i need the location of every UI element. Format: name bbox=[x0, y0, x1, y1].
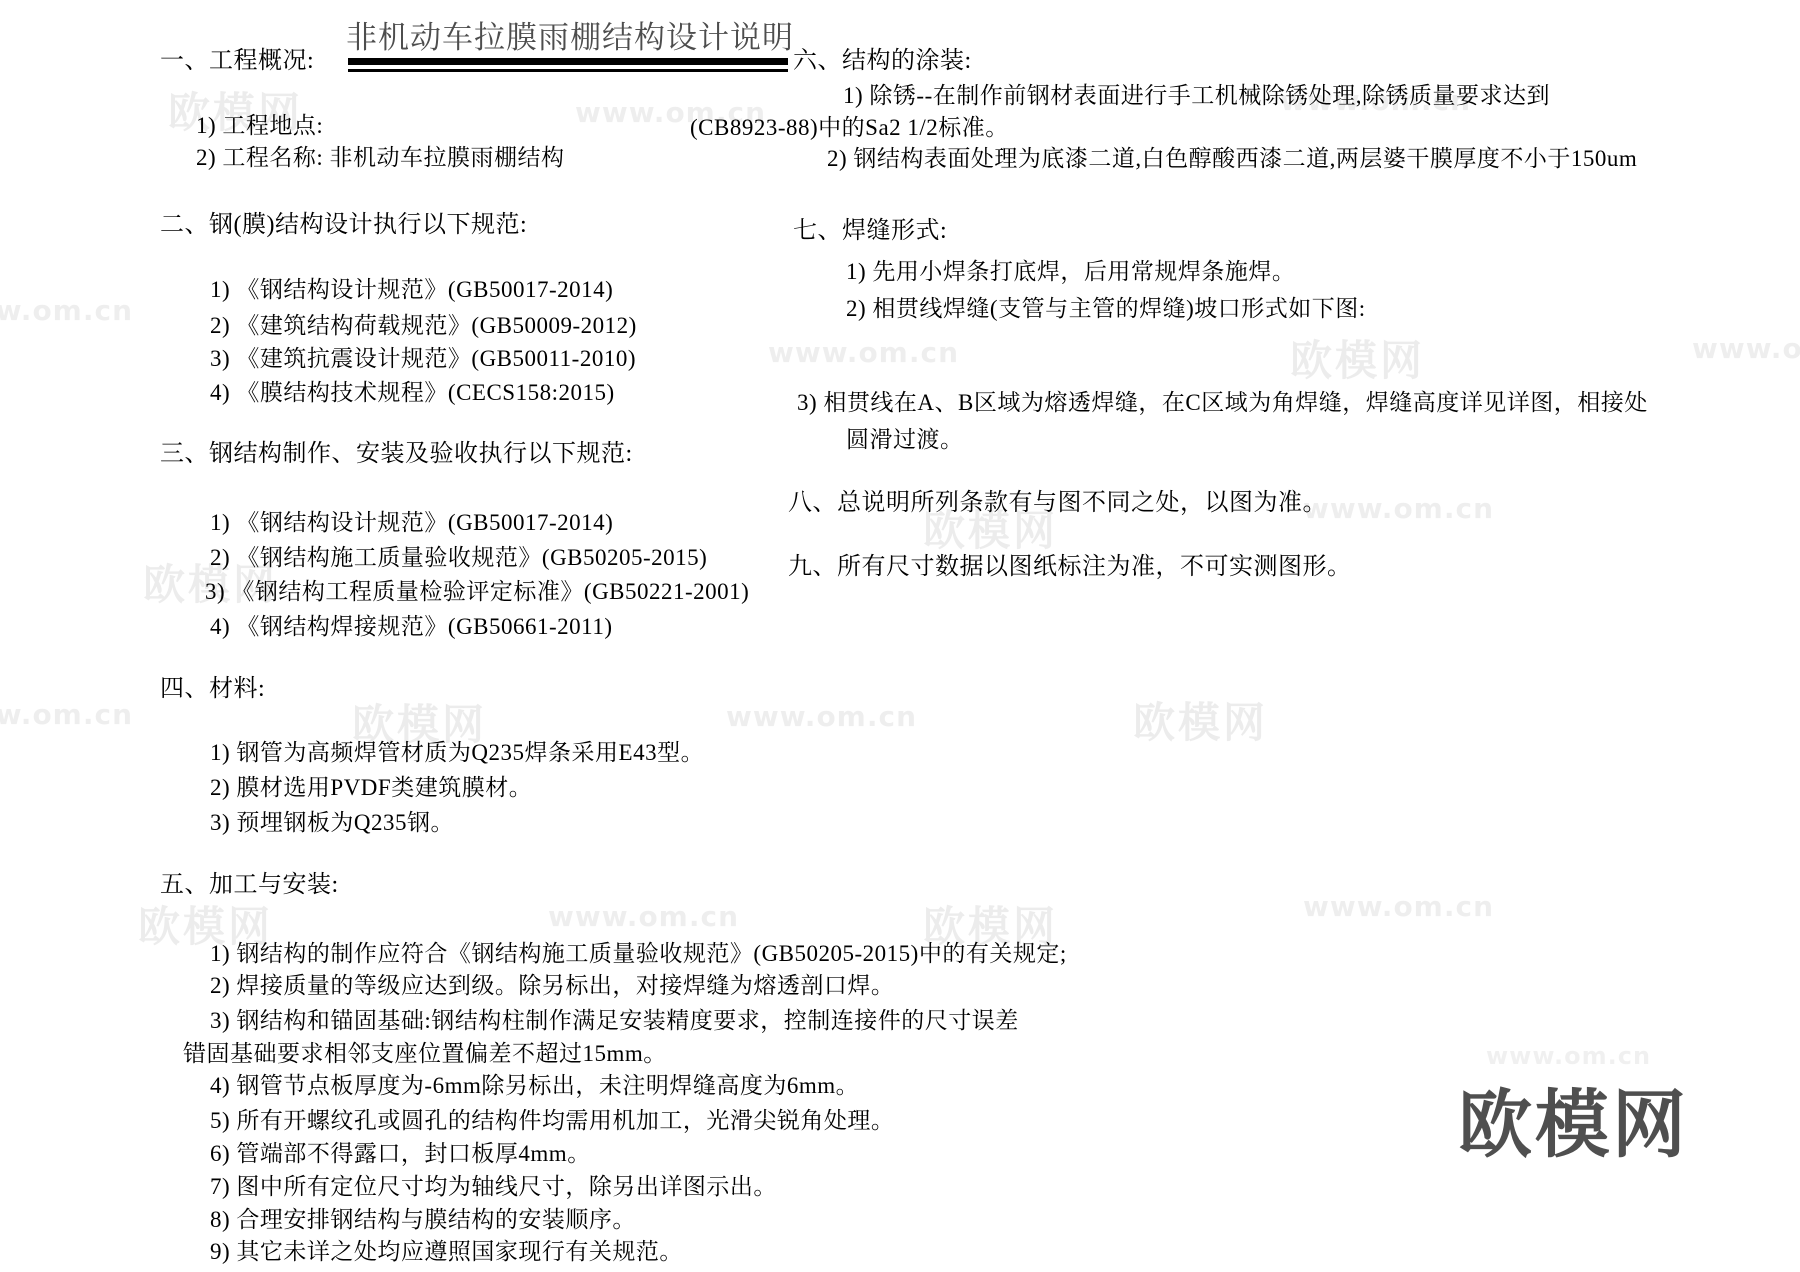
spec-item: 2) 钢结构表面处理为底漆二道,白色醇酸西漆二道,两层婆干膜厚度不小于150um bbox=[827, 146, 1637, 172]
watermark-url: www.om.cn bbox=[726, 700, 917, 733]
title-underline-thick bbox=[348, 58, 788, 65]
spec-item: 2) 膜材选用PVDF类建筑膜材。 bbox=[210, 775, 532, 801]
watermark-url: www.om.cn bbox=[548, 900, 739, 933]
site-logo: 欧模网 bbox=[1458, 1066, 1689, 1172]
spec-item: 9) 其它未详之处均应遵照国家现行有关规范。 bbox=[210, 1239, 683, 1265]
spec-item: 8) 合理安排钢结构与膜结构的安装顺序。 bbox=[210, 1207, 636, 1233]
drawing-sheet: 欧模网 www.om.cn www.om.cn www.om.cn www.om… bbox=[0, 0, 1800, 1272]
spec-item: 1) 《钢结构设计规范》(GB50017-2014) bbox=[210, 277, 613, 303]
watermark-logo-text: 欧模网 bbox=[1133, 690, 1268, 750]
spec-item-continuation: 圆滑过渡。 bbox=[846, 427, 964, 453]
spec-item: 3) 预埋钢板为Q235钢。 bbox=[210, 810, 454, 836]
section-8-heading: 八、总说明所列条款有与图不同之处，以图为准。 bbox=[788, 490, 1327, 518]
spec-item-continuation: (CB8923-88)中的Sa2 1/2标准。 bbox=[690, 115, 1009, 141]
spec-item: 3) 钢结构和锚固基础:钢结构柱制作满足安装精度要求，控制连接件的尺寸误差 bbox=[210, 1008, 1019, 1034]
section-6-heading: 六、结构的涂装: bbox=[793, 48, 972, 76]
spec-item: 4) 钢管节点板厚度为-6mm除另标出，未注明焊缝高度为6mm。 bbox=[210, 1073, 859, 1099]
doc-title: 非机动车拉膜雨棚结构设计说明 bbox=[346, 12, 794, 57]
watermark-logo-text: 欧模网 bbox=[1290, 328, 1425, 388]
watermark-url: www.om.cn bbox=[1692, 332, 1800, 365]
spec-item: 1) 工程地点: bbox=[196, 113, 323, 139]
spec-item: 4) 《钢结构焊接规范》(GB50661-2011) bbox=[210, 614, 612, 640]
spec-item: 3) 《钢结构工程质量检验评定标准》(GB50221-2001) bbox=[205, 579, 749, 605]
spec-item: 5) 所有开螺纹孔或圆孔的结构件均需用机加工，光滑尖锐角处理。 bbox=[210, 1108, 894, 1134]
spec-item: 2) 《建筑结构荷载规范》(GB50009-2012) bbox=[210, 313, 637, 339]
spec-item: 2) 焊接质量的等级应达到级。除另标出，对接焊缝为熔透剖口焊。 bbox=[210, 973, 894, 999]
spec-item: 1) 钢结构的制作应符合《钢结构施工质量验收规范》(GB50205-2015)中… bbox=[210, 941, 1067, 967]
spec-item: 7) 图中所有定位尺寸均为轴线尺寸，除另出详图示出。 bbox=[210, 1174, 777, 1200]
section-1-heading: 一、工程概况: bbox=[160, 48, 314, 76]
section-4-heading: 四、材料: bbox=[160, 676, 265, 704]
spec-item: 3) 《建筑抗震设计规范》(GB50011-2010) bbox=[210, 346, 636, 372]
title-underline-thin bbox=[348, 69, 788, 72]
spec-item: 2) 《钢结构施工质量验收规范》(GB50205-2015) bbox=[210, 545, 707, 571]
section-2-heading: 二、钢(膜)结构设计执行以下规范: bbox=[160, 212, 527, 240]
watermark-url: www.om.cn bbox=[1303, 890, 1494, 923]
section-3-heading: 三、钢结构制作、安装及验收执行以下规范: bbox=[160, 441, 633, 469]
spec-item: 1) 钢管为高频焊管材质为Q235焊条采用E43型。 bbox=[210, 740, 704, 766]
watermark-url: www.om.cn bbox=[1303, 492, 1494, 525]
watermark-url: www.om.cn bbox=[0, 698, 133, 731]
section-5-heading: 五、加工与安装: bbox=[160, 872, 339, 900]
spec-item: 4) 《膜结构技术规程》(CECS158:2015) bbox=[210, 380, 615, 406]
spec-item: 2) 工程名称: 非机动车拉膜雨棚结构 bbox=[196, 145, 565, 171]
spec-item: 1) 《钢结构设计规范》(GB50017-2014) bbox=[210, 510, 613, 536]
watermark-url: www.om.cn bbox=[768, 336, 959, 369]
spec-item: 1) 先用小焊条打底焊，后用常规焊条施焊。 bbox=[846, 259, 1295, 285]
section-7-heading: 七、焊缝形式: bbox=[793, 218, 947, 246]
watermark-url: www.om.cn bbox=[0, 294, 133, 327]
spec-item: 1) 除锈--在制作前钢材表面进行手工机械除锈处理,除锈质量要求达到 bbox=[843, 83, 1550, 109]
spec-item: 2) 相贯线焊缝(支管与主管的焊缝)坡口形式如下图: bbox=[846, 296, 1366, 322]
spec-item: 3) 相贯线在A、B区域为熔透焊缝，在C区域为角焊缝，焊缝高度详见详图，相接处 bbox=[797, 390, 1648, 416]
spec-item: 6) 管端部不得露口，封口板厚4mm。 bbox=[210, 1141, 591, 1167]
spec-item-continuation: 错固基础要求相邻支座位置偏差不超过15mm。 bbox=[183, 1041, 667, 1067]
section-9-heading: 九、所有尺寸数据以图纸标注为准，不可实测图形。 bbox=[788, 554, 1352, 582]
